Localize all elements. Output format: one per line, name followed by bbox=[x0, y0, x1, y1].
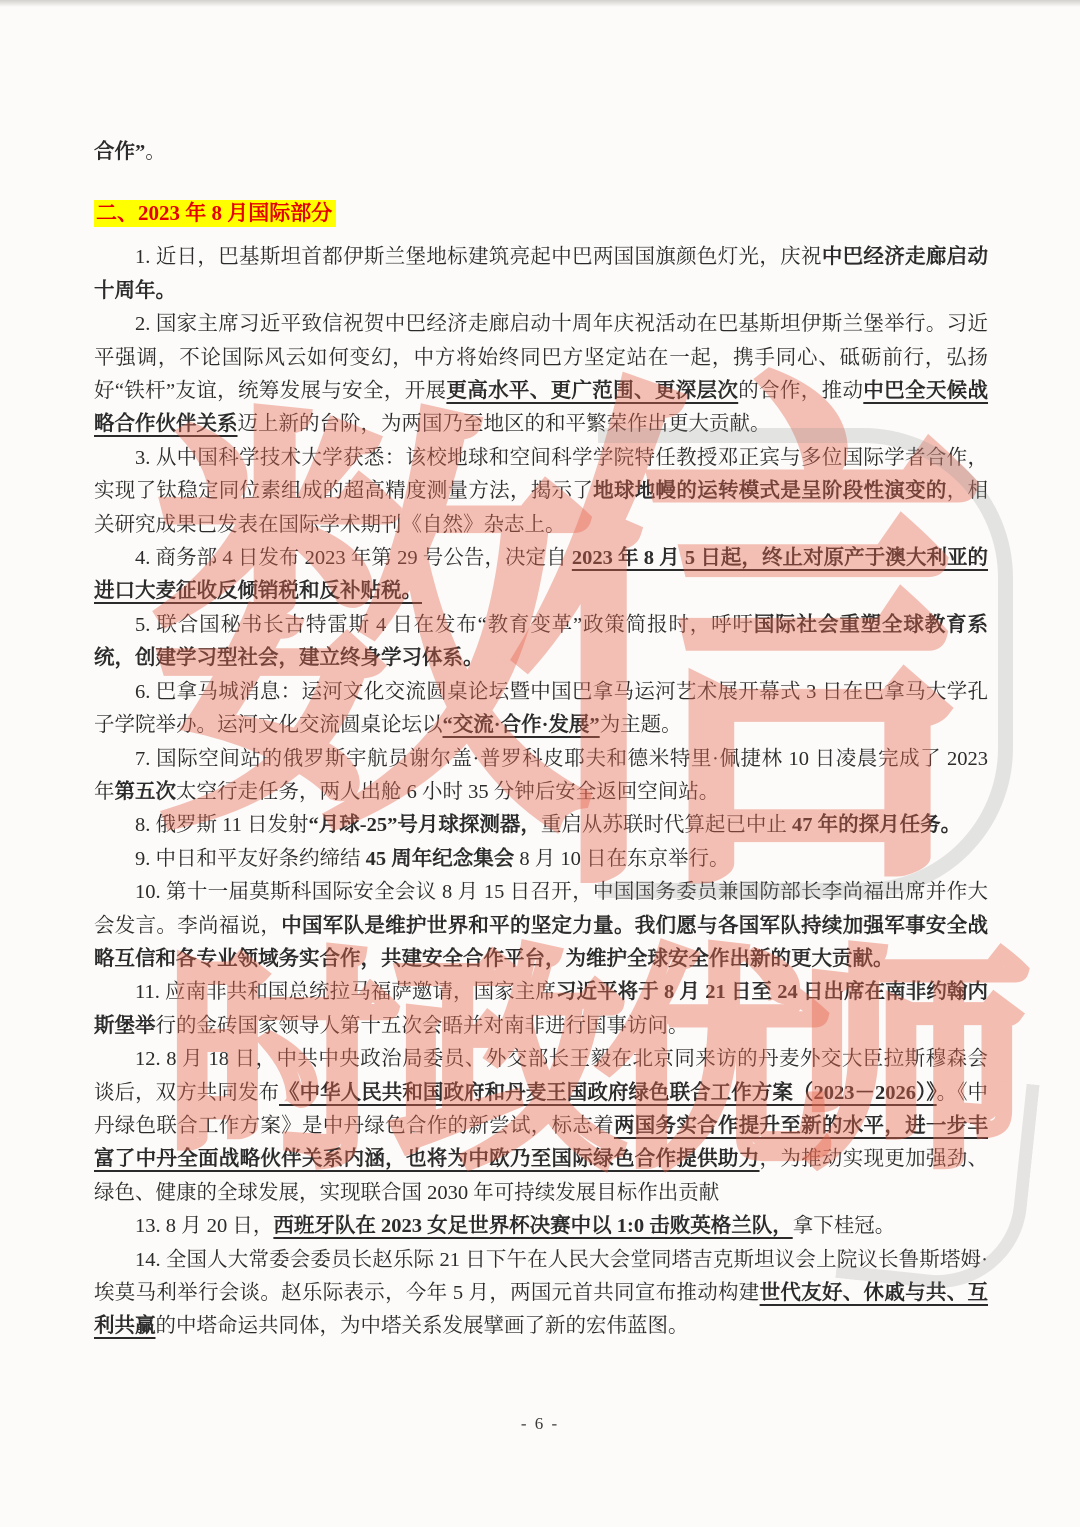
news-item: 6. 巴拿马城消息：运河文化交流圆桌论坛暨中国巴拿马运河艺术展开幕式 3 日在巴… bbox=[94, 676, 988, 743]
news-item: 9. 中日和平友好条约缔结 45 周年纪念集会 8 月 10 日在东京举行。 bbox=[94, 843, 988, 876]
text-run: 8 月 10 日在东京举行。 bbox=[514, 848, 729, 870]
text-run: 13. 8 月 20 日， bbox=[135, 1215, 273, 1237]
text-run: “交流·合作·发展” bbox=[443, 714, 600, 736]
text-run: 47 年的探月任务。 bbox=[792, 814, 961, 836]
text-run: 的合作，推动 bbox=[738, 380, 863, 402]
news-item: 13. 8 月 20 日，西班牙队在 2023 女足世界杯决赛中以 1:0 击败… bbox=[94, 1210, 988, 1243]
document-page: 数 信 时 政 优 师 合作”。 二、2023 年 8 月国际部分 1. 近日，… bbox=[0, 0, 1080, 1527]
text-run: “月球-25”号月球探测器， bbox=[309, 814, 541, 836]
text-run: 5. 联合国秘书长古特雷斯 4 日在发布“教育变革”政策简报时，呼吁 bbox=[135, 614, 754, 636]
news-item: 1. 近日，巴基斯坦首都伊斯兰堡地标建筑亮起中巴两国国旗颜色灯光，庆祝中巴经济走… bbox=[94, 241, 988, 308]
news-items: 1. 近日，巴基斯坦首都伊斯兰堡地标建筑亮起中巴两国国旗颜色灯光，庆祝中巴经济走… bbox=[94, 241, 988, 1343]
page-content: 合作”。 二、2023 年 8 月国际部分 1. 近日，巴基斯坦首都伊斯兰堡地标… bbox=[94, 136, 988, 1344]
text-run: 地球地幔的运转模式是呈阶段性演变的 bbox=[593, 480, 947, 502]
text-run: 迈上新的台阶，为两国乃至地区的和平繁荣作出更大贡献。 bbox=[238, 413, 771, 435]
text-run: 西班牙队在 2023 女足世界杯决赛中以 1:0 击败英格兰队， bbox=[273, 1215, 792, 1237]
text-run: 更高水平、更广范围、更深层次 bbox=[446, 380, 738, 402]
text-run: 9. 中日和平友好条约缔结 bbox=[135, 848, 366, 870]
news-item: 7. 国际空间站的俄罗斯宇航员谢尔盖·普罗科皮耶夫和德米特里·佩捷林 10 日凌… bbox=[94, 743, 988, 810]
page-number: - 6 - bbox=[0, 1414, 1080, 1434]
text-run: 45 周年纪念集会 bbox=[366, 848, 515, 870]
paragraph-continuation: 合作”。 bbox=[94, 136, 988, 169]
news-item: 11. 应南非共和国总统拉马福萨邀请，国家主席习近平将于 8 月 21 日至 2… bbox=[94, 976, 988, 1043]
news-item: 12. 8 月 18 日，中共中央政治局委员、外交部长王毅在北京同来访的丹麦外交… bbox=[94, 1043, 988, 1210]
text-run: 为主题。 bbox=[600, 714, 682, 736]
news-item: 8. 俄罗斯 11 日发射“月球-25”号月球探测器，重启从苏联时代算起已中止 … bbox=[94, 809, 988, 842]
text-run: 重启从苏联时代算起已中止 bbox=[541, 814, 792, 836]
text-run: 1. 近日，巴基斯坦首都伊斯兰堡地标建筑亮起中巴两国国旗颜色灯光，庆祝 bbox=[135, 246, 822, 268]
news-item: 5. 联合国秘书长古特雷斯 4 日在发布“教育变革”政策简报时，呼吁国际社会重塑… bbox=[94, 609, 988, 676]
news-item: 10. 第十一届莫斯科国际安全会议 8 月 15 日召开，中国国务委员兼国防部长… bbox=[94, 876, 988, 976]
news-item: 4. 商务部 4 日发布 2023 年第 29 号公告，决定自 2023 年 8… bbox=[94, 542, 988, 609]
news-item: 14. 全国人大常委会委员长赵乐际 21 日下午在人民大会堂同塔吉克斯坦议会上院… bbox=[94, 1244, 988, 1344]
news-item: 2. 国家主席习近平致信祝贺中巴经济走廊启动十周年庆祝活动在巴基斯坦伊斯兰堡举行… bbox=[94, 308, 988, 442]
text-run: 太空行走任务，两人出舱 6 小时 35 分钟后安全返回空间站。 bbox=[176, 781, 719, 803]
text-run: 行的金砖国家领导人第十五次会晤并对南非进行国事访问。 bbox=[156, 1015, 689, 1037]
text-run: 。 bbox=[145, 141, 166, 163]
text-run: 拿下桂冠。 bbox=[793, 1215, 896, 1237]
text-run: 第五次 bbox=[115, 781, 177, 803]
text-run: 8. 俄罗斯 11 日发射 bbox=[135, 814, 309, 836]
text-run: 《中华人民共和国政府和丹麦王国政府绿色联合工作方案（2023－2026）》 bbox=[279, 1082, 937, 1104]
text-run: 合作” bbox=[94, 141, 145, 163]
section-heading-highlight: 二、2023 年 8 月国际部分 bbox=[94, 200, 336, 227]
news-item: 3. 从中国科学技术大学获悉：该校地球和空间科学学院特任教授邓正宾与多位国际学者… bbox=[94, 442, 988, 542]
text-run: 4. 商务部 4 日发布 2023 年第 29 号公告，决定自 bbox=[135, 547, 572, 569]
section-heading: 二、2023 年 8 月国际部分 bbox=[94, 199, 988, 228]
text-run: 的中塔命运共同体，为中塔关系发展擘画了新的宏伟蓝图。 bbox=[156, 1315, 689, 1337]
text-run: 11. 应南非共和国总统拉马福萨邀请，国家主席 bbox=[135, 981, 556, 1003]
